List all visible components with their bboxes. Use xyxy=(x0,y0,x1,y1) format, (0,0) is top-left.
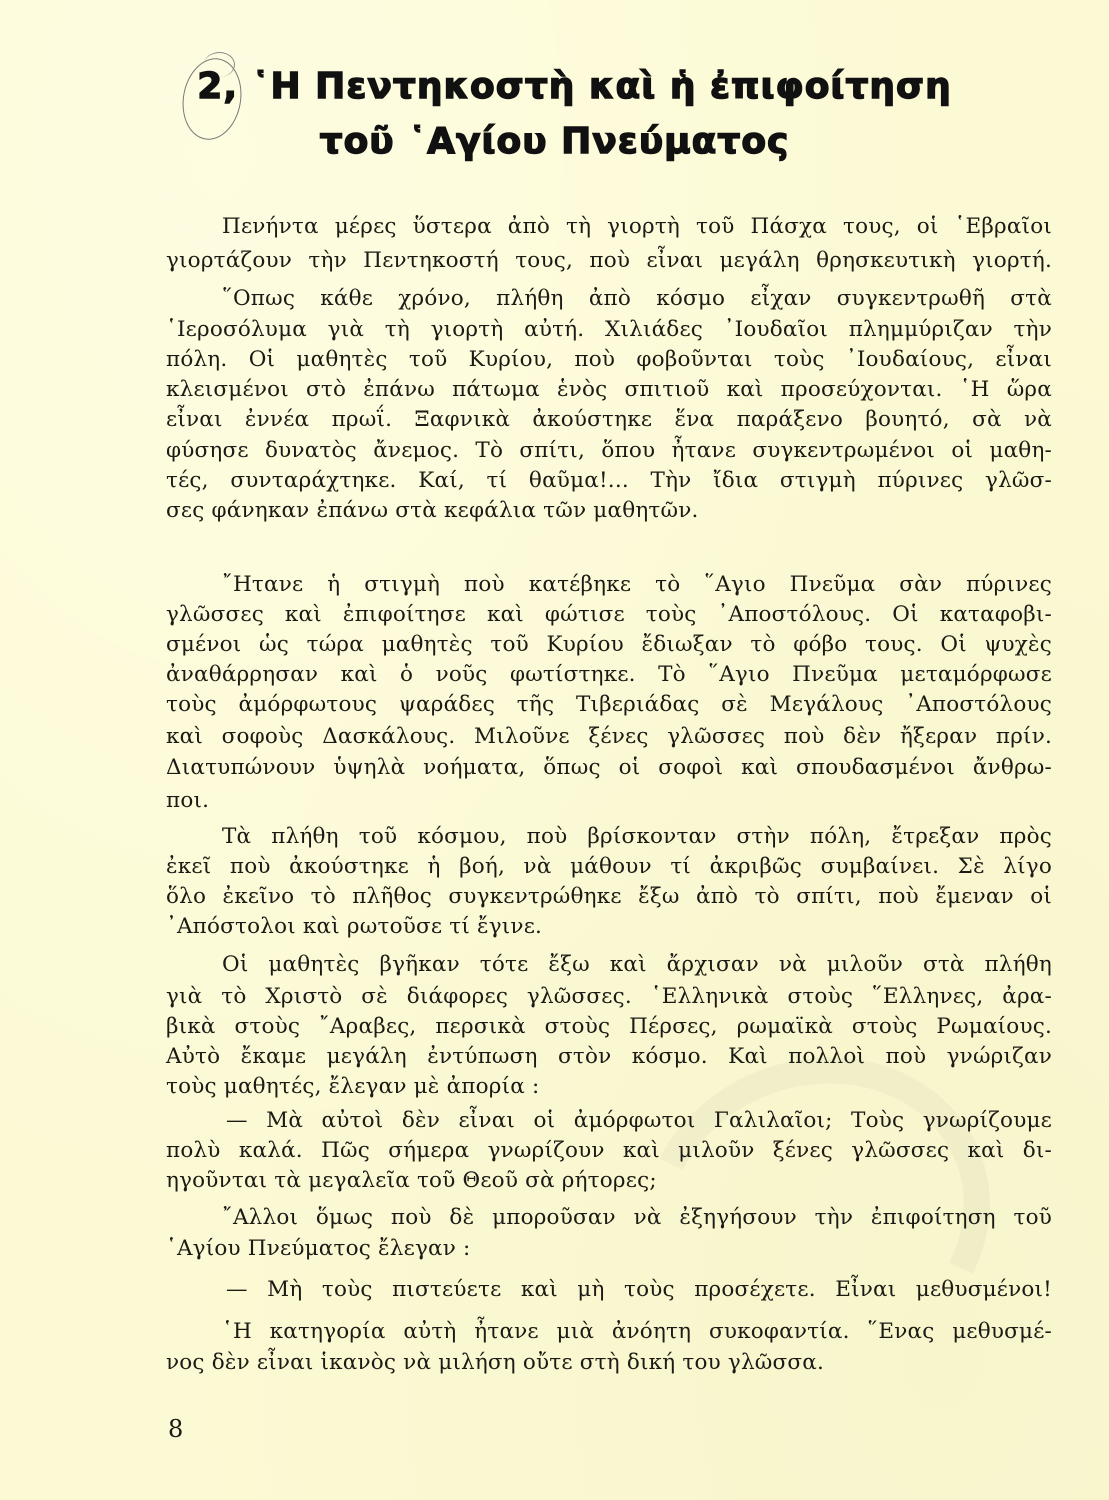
text-line: γλῶσσες καὶ ἐπιφοίτησε καὶ φώτισε τοὺς ᾿… xyxy=(166,600,1052,630)
text-line: ποι. xyxy=(166,786,1052,816)
text-line: τές, συνταράχτηκε. Καί, τί θαῦμα!... Τὴν… xyxy=(166,466,1052,496)
chapter-title-line-2: τοῦ ῾Αγίου Πνεύματος xyxy=(0,121,1109,162)
text-line: τοὺς μαθητές, ἔλεγαν μὲ ἀπορία : xyxy=(166,1072,1052,1102)
text-line: νος δὲν εἶναι ἱκανὸς νὰ μιλήση οὔτε στὴ … xyxy=(166,1348,1052,1378)
text-line: πολὺ καλά. Πῶς σήμερα γνωρίζουν καὶ μιλο… xyxy=(166,1136,1052,1166)
dialogue-line: — Μὴ τοὺς πιστεύετε καὶ μὴ τοὺς προσέχετ… xyxy=(226,1275,1052,1305)
text-line: βικὰ στοὺς ῎Αραβες, περσικὰ στοὺς Πέρσες… xyxy=(166,1012,1052,1042)
chapter-title-line-1: 2, ῾Η Πεντηκοστὴ καὶ ἡ ἐπιφοίτηση xyxy=(0,66,1109,107)
text-line: Πενήντα μέρες ὕστερα ἀπὸ τὴ γιορτὴ τοῦ Π… xyxy=(222,212,1052,242)
text-line: Οἱ μαθητὲς βγῆκαν τότε ἔξω καὶ ἄρχισαν ν… xyxy=(222,950,1052,980)
text-line: ῎Αλλοι ὅμως ποὺ δὲ μποροῦσαν νὰ ἐξηγήσου… xyxy=(222,1203,1052,1233)
text-line: Αὐτὸ ἔκαμε μεγάλη ἐντύπωση στὸν κόσμο. Κ… xyxy=(166,1042,1052,1072)
text-line: γιὰ τὸ Χριστὸ σὲ διάφορες γλῶσσες. ῾Ελλη… xyxy=(166,982,1052,1012)
text-line: τοὺς ἀμόρφωτους ψαράδες τῆς Τιβεριάδας σ… xyxy=(166,690,1052,720)
text-line: φύσησε δυνατὸς ἄνεμος. Τὸ σπίτι, ὅπου ἦτ… xyxy=(166,436,1052,466)
book-page: 2, ῾Η Πεντηκοστὴ καὶ ἡ ἐπιφοίτηση τοῦ ῾Α… xyxy=(0,0,1109,1500)
text-line: ῞Οπως κάθε χρόνο, πλήθη ἀπὸ κόσμο εἶχαν … xyxy=(222,284,1052,314)
text-line: σμένοι ὡς τώρα μαθητὲς τοῦ Κυρίου ἔδιωξα… xyxy=(166,630,1052,660)
text-line: ὅλο ἐκεῖνο τὸ πλῆθος συγκεντρώθηκε ἔξω ἀ… xyxy=(166,882,1052,912)
text-line: ἀναθάρρησαν καὶ ὁ νοῦς φωτίστηκε. Τὸ ῞Αγ… xyxy=(166,660,1052,690)
page-number: 8 xyxy=(168,1415,183,1443)
text-line: γιορτάζουν τὴν Πεντηκοστή τους, ποὺ εἶνα… xyxy=(166,246,1052,276)
text-line: εἶναι ἐννέα πρωΐ. Ξαφνικὰ ἀκούστηκε ἕνα … xyxy=(166,405,1052,435)
text-line: Διατυπώνουν ὑψηλὰ νοήματα, ὅπως οἱ σοφοὶ… xyxy=(166,753,1052,783)
dialogue-line: — Μὰ αὐτοὶ δὲν εἶναι οἱ ἀμόρφωτοι Γαλιλα… xyxy=(226,1106,1052,1136)
text-line: ᾿Απόστολοι καὶ ρωτοῦσε τί ἔγινε. xyxy=(166,912,1052,942)
text-line: ῾Η κατηγορία αὐτὴ ἦτανε μιὰ ἀνόητη συκοφ… xyxy=(222,1317,1052,1347)
text-line: κλεισμένοι στὸ ἐπάνω πάτωμα ἑνὸς σπιτιοῦ… xyxy=(166,375,1052,405)
text-line: σες φάνηκαν ἐπάνω στὰ κεφάλια τῶν μαθητῶ… xyxy=(166,496,1052,526)
text-line: ηγοῦνται τὰ μεγαλεῖα τοῦ Θεοῦ σὰ ρήτορες… xyxy=(166,1166,1052,1196)
text-line: Τὰ πλήθη τοῦ κόσμου, ποὺ βρίσκονταν στὴν… xyxy=(222,822,1052,852)
text-line: ἐκεῖ ποὺ ἀκούστηκε ἡ βοή, νὰ μάθουν τί ἀ… xyxy=(166,852,1052,882)
text-line: καὶ σοφοὺς Δασκάλους. Μιλοῦνε ξένες γλῶσ… xyxy=(166,722,1052,752)
text-line: ῎Ητανε ἡ στιγμὴ ποὺ κατέβηκε τὸ ῞Αγιο Πν… xyxy=(222,570,1052,600)
text-line: ῾Αγίου Πνεύματος ἔλεγαν : xyxy=(166,1234,1052,1264)
text-line: πόλη. Οἱ μαθητὲς τοῦ Κυρίου, ποὺ φοβοῦντ… xyxy=(166,345,1052,375)
text-line: ῾Ιεροσόλυμα γιὰ τὴ γιορτὴ αὐτή. Χιλιάδες… xyxy=(166,315,1052,345)
